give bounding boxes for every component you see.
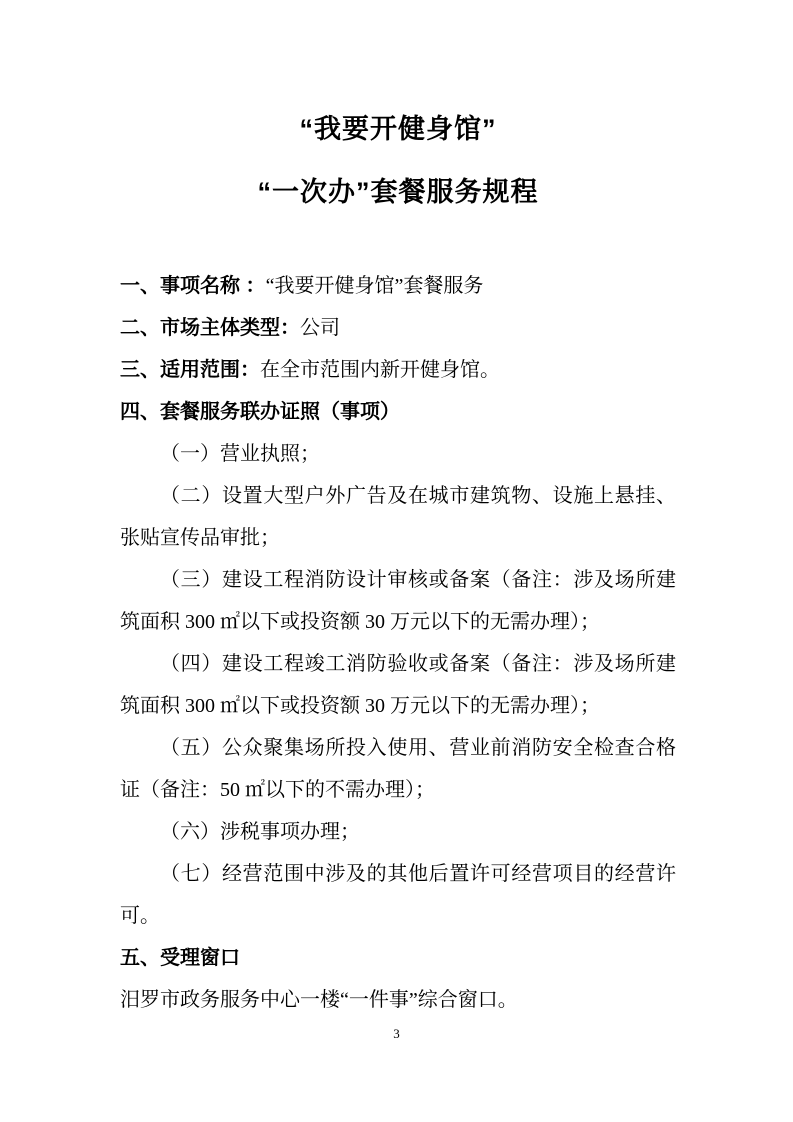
section-1-item-name: 一、事项名称 ：“我要开健身馆”套餐服务 [120,265,676,307]
section-2-entity-type: 二、市场主体类型：公司 [120,307,676,349]
document-title-line-1: “我要开健身馆” [120,114,676,144]
list-item-1: （一）营业执照； [120,433,676,475]
section-4-package-heading: 四、套餐服务联办证照（事项） [120,391,676,433]
section-5-text: 汨罗市政务服务中心一楼“一件事”综合窗口。 [120,979,676,1021]
section-1-label: 一、事项名称 ： [120,275,266,297]
list-item-4: （四）建设工程竣工消防验收或备案（备注：涉及场所建筑面积 300 ㎡以下或投资额… [120,643,676,727]
section-5-label: 五、受理窗口 [120,947,240,969]
list-item-7: （七）经营范围中涉及的其他后置许可经营项目的经营许可。 [120,853,676,937]
document-page: “我要开健身馆” “一次办”套餐服务规程 一、事项名称 ：“我要开健身馆”套餐服… [0,0,793,1122]
list-item-3: （三）建设工程消防设计审核或备案（备注：涉及场所建筑面积 300 ㎡以下或投资额… [120,559,676,643]
section-2-text: 公司 [300,317,340,339]
list-item-2: （二）设置大型户外广告及在城市建筑物、设施上悬挂、张贴宣传品审批； [120,475,676,559]
section-3-label: 三、适用范围： [120,359,260,381]
section-3-text: 在全市范围内新开健身馆。 [260,359,500,381]
document-title-line-2: “一次办”套餐服务规程 [120,177,676,207]
section-3-scope: 三、适用范围：在全市范围内新开健身馆。 [120,349,676,391]
document-title-block: “我要开健身馆” “一次办”套餐服务规程 [120,100,676,207]
section-5-window-heading: 五、受理窗口 [120,937,676,979]
page-number: 3 [0,1026,793,1042]
section-1-text: “我要开健身馆”套餐服务 [266,275,484,297]
section-4-label: 四、套餐服务联办证照（事项） [120,401,400,423]
section-2-label: 二、市场主体类型： [120,317,300,339]
list-item-5: （五）公众聚集场所投入使用、营业前消防安全检查合格证（备注：50 ㎡以下的不需办… [120,727,676,811]
document-body: 一、事项名称 ：“我要开健身馆”套餐服务 二、市场主体类型：公司 三、适用范围：… [120,265,676,1021]
list-item-6: （六）涉税事项办理； [120,811,676,853]
